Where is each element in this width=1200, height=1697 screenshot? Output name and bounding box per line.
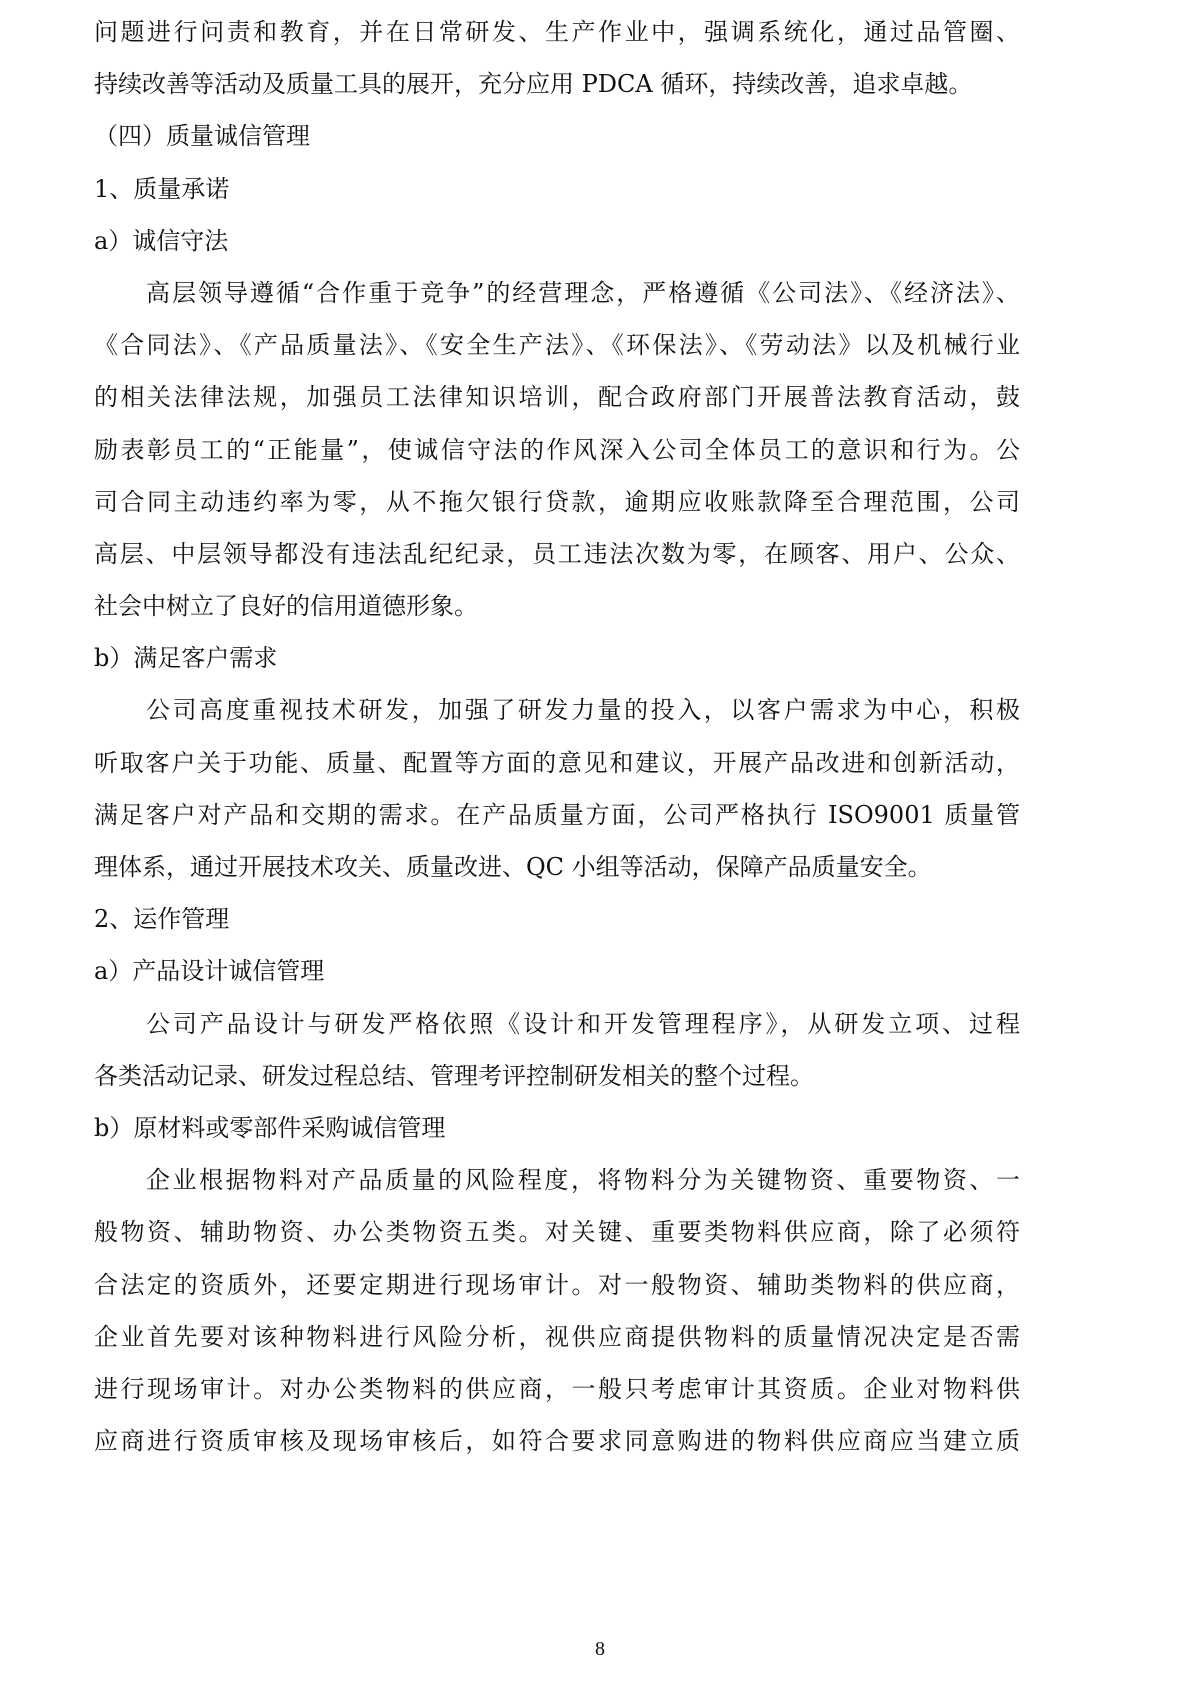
paragraph: 企业根据物料对产品质量的风险程度，将物料分为关键物资、重要物资、一般物资、辅助物… [94,1154,1020,1467]
document-body: 问题进行问责和教育，并在日常研发、生产作业中，强调系统化，通过品管圈、持续改善等… [94,6,1020,1467]
text-line: 企业首先要对该种物料进行风险分析，视供应商提供物料的质量情况决定是否需 [94,1311,1020,1363]
text-line: 般物资、辅助物资、办公类物资五类。对关键、重要类物料供应商，除了必须符 [94,1206,1020,1258]
text-line: 满足客户对产品和交期的需求。在产品质量方面，公司严格执行 ISO9001 质量管 [94,789,1020,841]
text-line: 高层领导遵循“合作重于竞争”的经营理念，严格遵循《公司法》、《经济法》、 [94,267,1020,319]
section-heading: 1、质量承诺 [94,163,1020,215]
text-line: 理体系，通过开展技术攻关、质量改进、QC 小组等活动，保障产品质量安全。 [94,841,1020,893]
section-heading: a）产品设计诚信管理 [94,945,1020,997]
paragraph: 高层领导遵循“合作重于竞争”的经营理念，严格遵循《公司法》、《经济法》、《合同法… [94,267,1020,632]
text-line: 励表彰员工的“正能量”，使诚信守法的作风深入公司全体员工的意识和行为。公 [94,424,1020,476]
section-heading: （四）质量诚信管理 [94,110,1020,162]
text-line: 《合同法》、《产品质量法》、《安全生产法》、《环保法》、《劳动法》以及机械行业 [94,319,1020,371]
paragraph: 公司高度重视技术研发，加强了研发力量的投入，以客户需求为中心，积极听取客户关于功… [94,684,1020,893]
text-line: 听取客户关于功能、质量、配置等方面的意见和建议，开展产品改进和创新活动， [94,737,1020,789]
text-line: 问题进行问责和教育，并在日常研发、生产作业中，强调系统化，通过品管圈、 [94,6,1020,58]
text-line: 公司产品设计与研发严格依照《设计和开发管理程序》，从研发立项、过程 [94,998,1020,1050]
text-line: 社会中树立了良好的信用道德形象。 [94,580,1020,632]
text-line: 持续改善等活动及质量工具的展开，充分应用 PDCA 循环，持续改善，追求卓越。 [94,58,1020,110]
text-line: 高层、中层领导都没有违法乱纪纪录，员工违法次数为零，在顾客、用户、公众、 [94,528,1020,580]
page-number: 8 [0,1638,1200,1661]
text-line: 各类活动记录、研发过程总结、管理考评控制研发相关的整个过程。 [94,1050,1020,1102]
text-line: 合法定的资质外，还要定期进行现场审计。对一般物资、辅助类物料的供应商， [94,1259,1020,1311]
paragraph: 公司产品设计与研发严格依照《设计和开发管理程序》，从研发立项、过程各类活动记录、… [94,998,1020,1102]
section-heading: 2、运作管理 [94,893,1020,945]
document-page: 问题进行问责和教育，并在日常研发、生产作业中，强调系统化，通过品管圈、持续改善等… [0,0,1200,1697]
section-heading: b）原材料或零部件采购诚信管理 [94,1102,1020,1154]
text-line: 公司高度重视技术研发，加强了研发力量的投入，以客户需求为中心，积极 [94,684,1020,736]
text-line: 应商进行资质审核及现场审核后，如符合要求同意购进的物料供应商应当建立质 [94,1415,1020,1467]
text-line: 司合同主动违约率为零，从不拖欠银行贷款，逾期应收账款降至合理范围，公司 [94,476,1020,528]
text-line: 的相关法律法规，加强员工法律知识培训，配合政府部门开展普法教育活动，鼓 [94,371,1020,423]
section-heading: b）满足客户需求 [94,632,1020,684]
section-heading: a）诚信守法 [94,215,1020,267]
paragraph: 问题进行问责和教育，并在日常研发、生产作业中，强调系统化，通过品管圈、持续改善等… [94,6,1020,110]
text-line: 进行现场审计。对办公类物料的供应商，一般只考虑审计其资质。企业对物料供 [94,1363,1020,1415]
text-line: 企业根据物料对产品质量的风险程度，将物料分为关键物资、重要物资、一 [94,1154,1020,1206]
